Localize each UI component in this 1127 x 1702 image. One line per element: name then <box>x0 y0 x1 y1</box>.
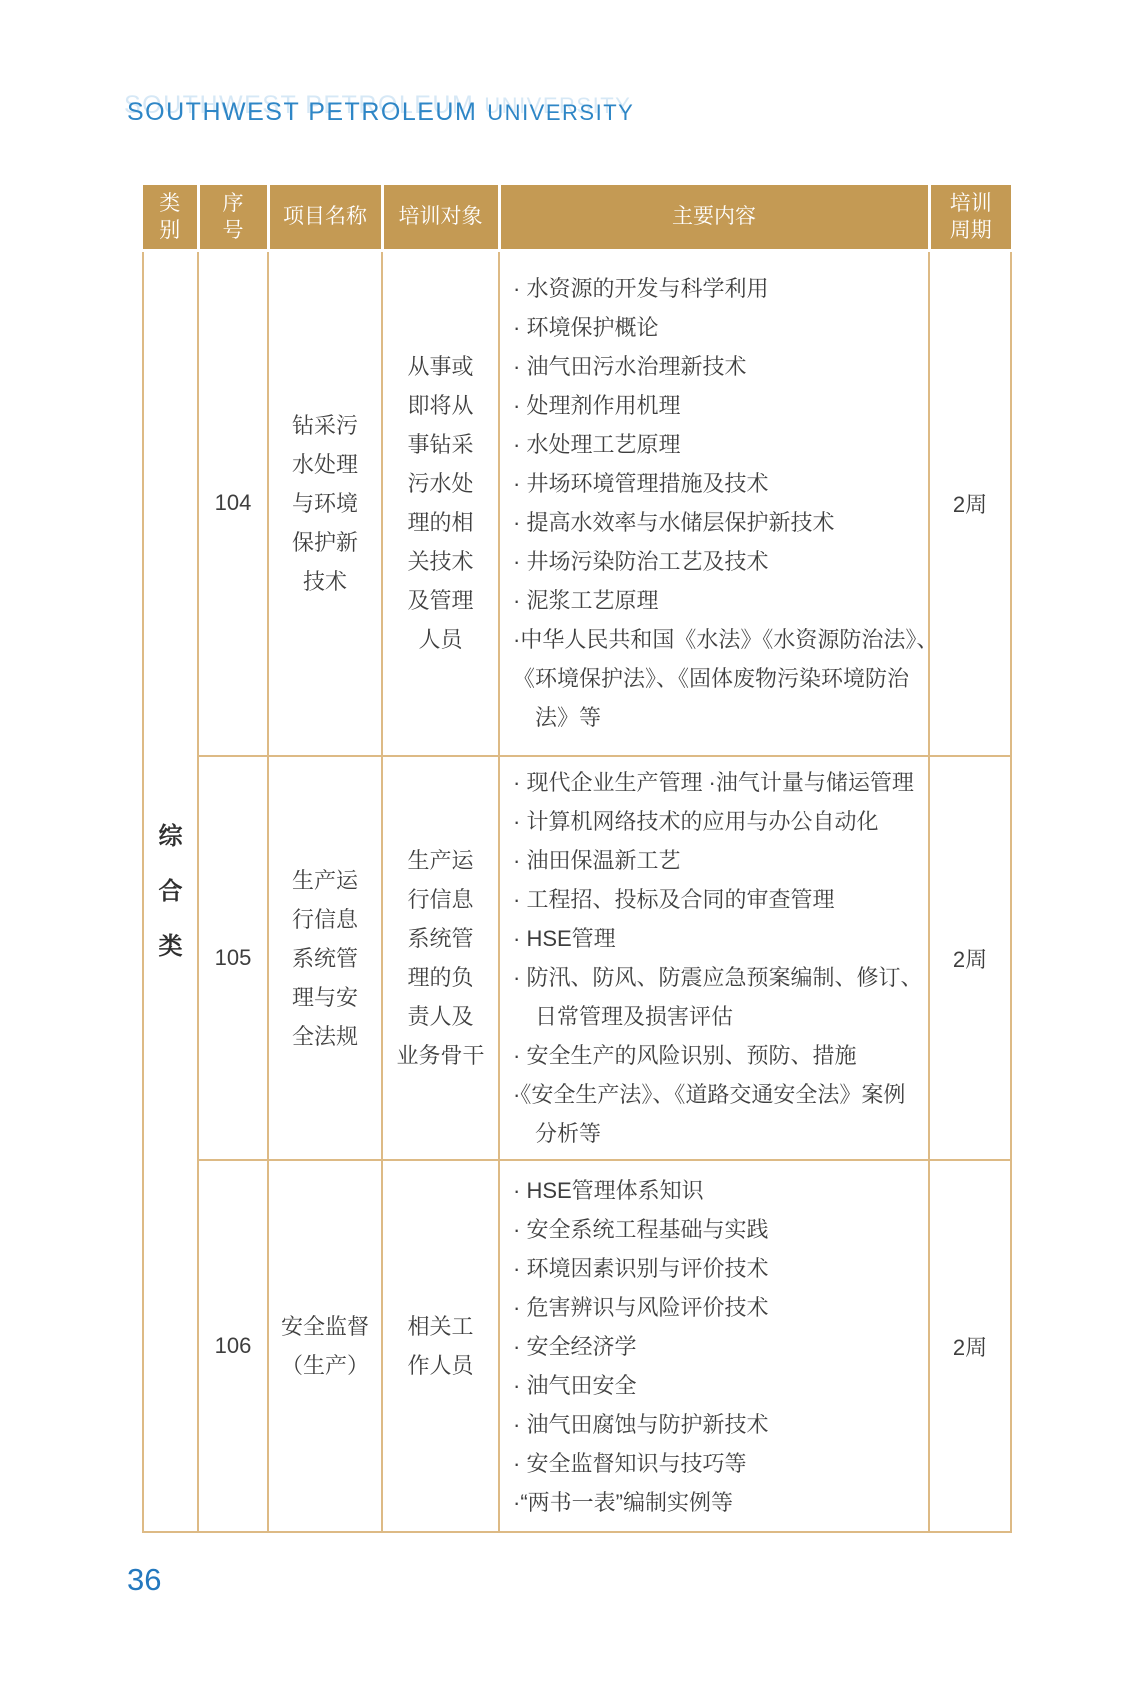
content-line: · 安全经济学 <box>500 1327 928 1366</box>
content-line: · HSE管理体系知识 <box>500 1171 928 1210</box>
table-header-row: 类别序号项目名称培训对象主要内容培训周期 <box>143 185 1011 250</box>
training-target-line: 理的相 <box>383 503 498 542</box>
training-target-line: 行信息 <box>383 880 498 919</box>
training-target-cell: 生产运行信息系统管理的负责人及业务骨干 <box>382 756 499 1160</box>
project-name-line: （生产） <box>269 1346 381 1385</box>
content-line: · 安全监督知识与技巧等 <box>500 1444 928 1483</box>
training-target-line: 即将从 <box>383 386 498 425</box>
content-line: 日常管理及损害评估 <box>500 997 928 1036</box>
training-target-line: 及管理 <box>383 581 498 620</box>
category-cell: 综合类 <box>143 250 198 1532</box>
table-row-104: 综合类104钻采污水处理与环境保护新技术从事或即将从事钻采污水处理的相关技术及管… <box>143 250 1011 756</box>
university-name-sub: UNIVERSITY <box>487 100 634 125</box>
university-name-main: SOUTHWEST PETROLEUM <box>127 98 477 126</box>
column-header-2: 项目名称 <box>268 185 382 250</box>
training-program-table: 类别序号项目名称培训对象主要内容培训周期 综合类104钻采污水处理与环境保护新技… <box>142 185 1012 1533</box>
project-name-line: 理与安 <box>269 978 381 1017</box>
training-target-line: 责人及 <box>383 997 498 1036</box>
project-name-cell: 安全监督（生产） <box>268 1160 382 1532</box>
content-line: · 泥浆工艺原理 <box>500 581 928 620</box>
content-line: · 防汛、防风、防震应急预案编制、修订、 <box>500 958 928 997</box>
content-line: 法》等 <box>500 698 928 737</box>
column-header-4: 主要内容 <box>499 185 929 250</box>
category-char: 合 <box>144 864 197 919</box>
table-row-105: 105生产运行信息系统管理与安全法规生产运行信息系统管理的负责人及业务骨干· 现… <box>143 756 1011 1160</box>
content-line: · 井场环境管理措施及技术 <box>500 464 928 503</box>
content-line: · 处理剂作用机理 <box>500 386 928 425</box>
training-target-line: 事钻采 <box>383 425 498 464</box>
header-line: 培训 <box>931 190 1012 217</box>
content-line: 《环境保护法》、《固体废物污染环境防治 <box>500 659 928 698</box>
training-target-cell: 从事或即将从事钻采污水处理的相关技术及管理人员 <box>382 250 499 756</box>
category-char: 类 <box>144 919 197 974</box>
content-line: · 油气田污水治理新技术 <box>500 347 928 386</box>
project-name-line: 钻采污 <box>269 406 381 445</box>
training-target-line: 人员 <box>383 620 498 659</box>
document-page: SOUTHWEST PETROLEUMUNIVERSITY 类别序号项目名称培训… <box>0 0 1127 1702</box>
content-line: ·《安全生产法》、《道路交通安全法》案例 <box>500 1075 928 1114</box>
duration-cell: 2周 <box>929 250 1011 756</box>
project-name-line: 安全监督 <box>269 1307 381 1346</box>
header-line: 号 <box>200 217 267 244</box>
training-target-line: 关技术 <box>383 542 498 581</box>
row-number-cell: 106 <box>198 1160 268 1532</box>
project-name-line: 水处理 <box>269 445 381 484</box>
content-line: 分析等 <box>500 1114 928 1153</box>
header-line: 别 <box>143 217 197 244</box>
column-header-0: 类别 <box>143 185 198 250</box>
header-line: 项目名称 <box>270 203 381 230</box>
column-header-5: 培训周期 <box>929 185 1011 250</box>
training-target-cell: 相关工作人员 <box>382 1160 499 1532</box>
content-line: · 水资源的开发与科学利用 <box>500 269 928 308</box>
project-name-line: 系统管 <box>269 939 381 978</box>
training-target-line: 相关工 <box>383 1307 498 1346</box>
category-char: 综 <box>144 809 197 864</box>
content-line: · 现代企业生产管理 ·油气计量与储运管理 <box>500 763 928 802</box>
content-line: ·“两书一表”编制实例等 <box>500 1483 928 1522</box>
training-target-line: 理的负 <box>383 958 498 997</box>
project-name-line: 行信息 <box>269 900 381 939</box>
column-header-3: 培训对象 <box>382 185 499 250</box>
content-line: · HSE管理 <box>500 919 928 958</box>
header-line: 主要内容 <box>501 203 928 230</box>
university-logo-text: SOUTHWEST PETROLEUMUNIVERSITY <box>127 98 634 127</box>
training-target-line: 从事或 <box>383 347 498 386</box>
project-name-cell: 生产运行信息系统管理与安全法规 <box>268 756 382 1160</box>
page-number: 36 <box>127 1562 161 1598</box>
header-line: 序 <box>200 190 267 217</box>
main-content-cell: · 现代企业生产管理 ·油气计量与储运管理· 计算机网络技术的应用与办公自动化·… <box>499 756 929 1160</box>
content-line: · 油田保温新工艺 <box>500 841 928 880</box>
content-line: · 提高水效率与水储层保护新技术 <box>500 503 928 542</box>
project-name-cell: 钻采污水处理与环境保护新技术 <box>268 250 382 756</box>
training-target-line: 业务骨干 <box>383 1036 498 1075</box>
project-name-line: 全法规 <box>269 1017 381 1056</box>
main-content-cell: · 水资源的开发与科学利用· 环境保护概论· 油气田污水治理新技术· 处理剂作用… <box>499 250 929 756</box>
project-name-line: 保护新 <box>269 523 381 562</box>
content-line: · 安全系统工程基础与实践 <box>500 1210 928 1249</box>
header-line: 培训对象 <box>384 203 498 230</box>
content-line: · 井场污染防治工艺及技术 <box>500 542 928 581</box>
row-number-cell: 104 <box>198 250 268 756</box>
content-line: · 工程招、投标及合同的审查管理 <box>500 880 928 919</box>
header-line: 类 <box>143 190 197 217</box>
content-line: · 油气田安全 <box>500 1366 928 1405</box>
project-name-line: 与环境 <box>269 484 381 523</box>
content-line: · 安全生产的风险识别、预防、措施 <box>500 1036 928 1075</box>
content-line: · 环境因素识别与评价技术 <box>500 1249 928 1288</box>
training-target-line: 系统管 <box>383 919 498 958</box>
project-name-line: 生产运 <box>269 861 381 900</box>
project-name-line: 技术 <box>269 562 381 601</box>
training-target-line: 生产运 <box>383 841 498 880</box>
row-number-cell: 105 <box>198 756 268 1160</box>
main-content-cell: · HSE管理体系知识· 安全系统工程基础与实践· 环境因素识别与评价技术· 危… <box>499 1160 929 1532</box>
duration-cell: 2周 <box>929 756 1011 1160</box>
content-line: · 水处理工艺原理 <box>500 425 928 464</box>
content-line: · 危害辨识与风险评价技术 <box>500 1288 928 1327</box>
header-line: 周期 <box>931 217 1012 244</box>
training-target-line: 作人员 <box>383 1346 498 1385</box>
table-row-106: 106安全监督（生产）相关工作人员· HSE管理体系知识· 安全系统工程基础与实… <box>143 1160 1011 1532</box>
content-line: ·中华人民共和国《水法》《水资源防治法》、 <box>500 620 928 659</box>
duration-cell: 2周 <box>929 1160 1011 1532</box>
training-target-line: 污水处 <box>383 464 498 503</box>
content-line: · 环境保护概论 <box>500 308 928 347</box>
column-header-1: 序号 <box>198 185 268 250</box>
table-body: 综合类104钻采污水处理与环境保护新技术从事或即将从事钻采污水处理的相关技术及管… <box>143 250 1011 1532</box>
content-line: · 计算机网络技术的应用与办公自动化 <box>500 802 928 841</box>
content-line: · 油气田腐蚀与防护新技术 <box>500 1405 928 1444</box>
